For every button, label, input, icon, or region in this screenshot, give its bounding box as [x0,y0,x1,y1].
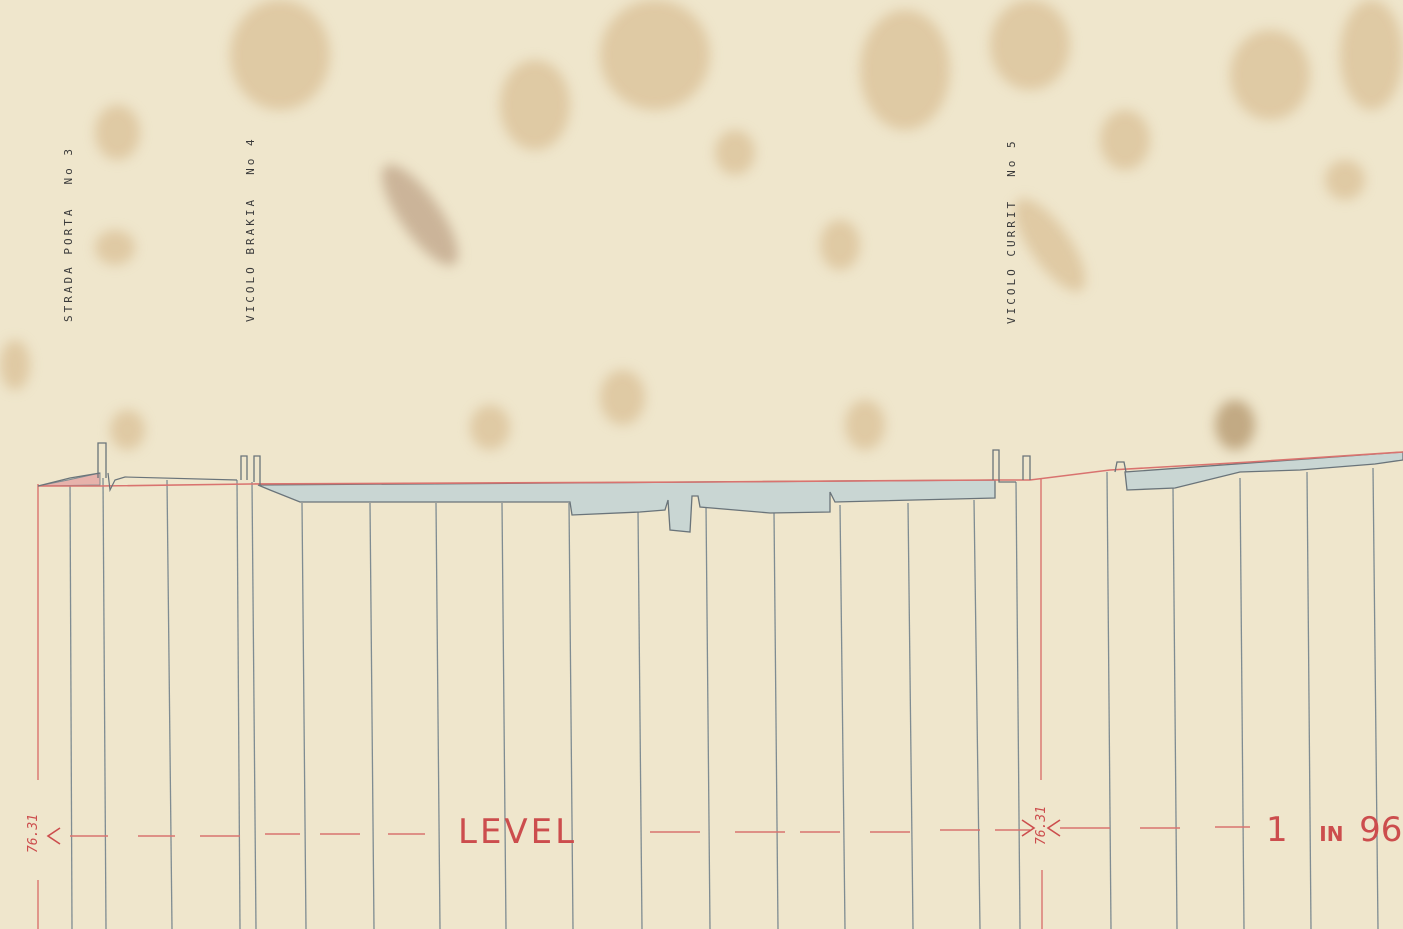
sewer-fill-right [1125,452,1403,490]
ordinate-lines [70,468,1378,929]
datum-arrow-icon [1022,820,1034,836]
sewer-fill-main [258,480,995,532]
gradient-numerator: 1 [1266,810,1288,850]
gradient-denominator: 96 [1359,810,1402,850]
datum-verticals [38,478,1042,929]
level-dash-line [70,827,1250,836]
datum-arrow-icon [48,828,60,844]
datum-value-right: 76.31 [1034,806,1049,845]
gradient-label-level: LEVEL [458,812,577,852]
gradient-label-ratio: 1 IN 96 [1266,810,1402,850]
drawing-sheet: STRADA PORTANo 3 VICOLO BRAKIANo 4 VICOL… [0,0,1403,929]
gradient-in: IN [1319,822,1343,846]
manhole-shafts [98,443,1126,485]
datum-arrow-icon [1048,820,1060,836]
profile-drawing [0,0,1403,929]
datum-value-left: 76.31 [26,814,41,853]
